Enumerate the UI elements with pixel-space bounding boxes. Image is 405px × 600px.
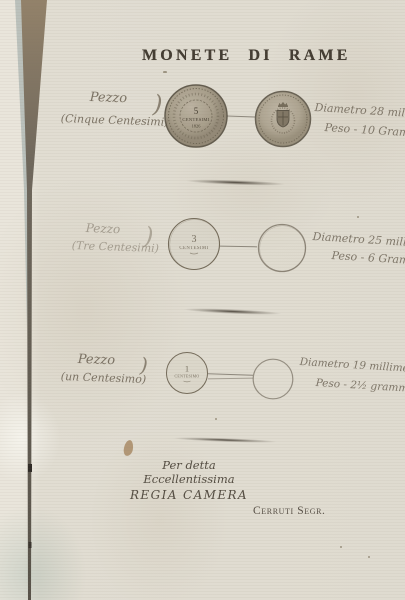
coin-date-text: 1826 [192,124,202,129]
paper-speck [357,216,359,218]
row2-brace: ) [143,222,154,250]
ink-smudge [170,436,280,444]
coin-unit-text: CENTESIMI [179,246,208,251]
row1-diameter-note: Diametro 28 millimetri [314,101,405,122]
coin-connector-line [220,246,257,248]
row1-brace: ) [152,90,163,118]
coin-unit-text: CENTESIMO [175,375,200,379]
footer-imprint: Per detta Eccellentissima REGIA CAMERA [115,458,263,502]
shield-icon [277,111,289,128]
gutter-dark-wedge [21,0,47,600]
coin-connector-line [227,116,255,118]
row3-weight-note: Peso - 2½ grammi [315,377,405,395]
coin-connector-line [208,373,253,376]
footer-line1: Per detta Eccellentissima [115,458,263,486]
row3-brace: ) [139,353,148,377]
coin-connector-line [208,378,253,380]
row3-denomination-sublabel: (un Centesimo) [61,370,147,386]
row1-denomination-label: Pezzo [89,90,127,106]
secretary-signature: Cerruti Segr. [253,505,326,517]
paper-speck [163,71,167,73]
coin-5-centesimi-reverse [254,90,312,148]
row2-weight-note: Peso - 6 Grammi [331,249,405,268]
coin-value-text: 5 [194,106,199,116]
page-title: MONETE DI RAME [142,47,351,65]
book-page: MONETE DI RAME Pezzo (Cinque Centesimi) … [0,0,405,600]
row2-denomination-label: Pezzo [86,221,121,236]
coin-1-centesimo-outline: 1 CENTESIMO [165,351,209,395]
ink-smudge [183,178,288,187]
paper-speck [368,556,370,558]
ink-blot [123,439,134,456]
row3-diameter-note: Diametro 19 millimetri [299,356,405,375]
coin-unit-text: CENTESIMI [182,117,209,122]
row1-weight-note: Peso - 10 Grammi [324,121,405,140]
coin-value-text: 1 [185,364,189,374]
coin-3-centesimi-outline: 3 CENTESIMI [167,217,221,271]
book-gutter-shadow [0,0,60,600]
row3-denomination-label: Pezzo [77,352,115,368]
gutter-mark [29,542,32,548]
gutter-mark [28,464,32,472]
footer-line2: REGIA CAMERA [115,488,263,502]
coin-3-centesimi-blank-circle [257,223,307,273]
coin-1-centesimo-blank-circle [252,358,294,400]
coin-value-text: 3 [192,234,197,245]
coin-5-centesimi-obverse: 5 CENTESIMI 1826 [163,83,229,149]
paper-speck [340,546,342,548]
ink-smudge [181,307,284,316]
row2-diameter-note: Diametro 25 millimetri [312,230,405,251]
paper-speck [215,418,217,420]
